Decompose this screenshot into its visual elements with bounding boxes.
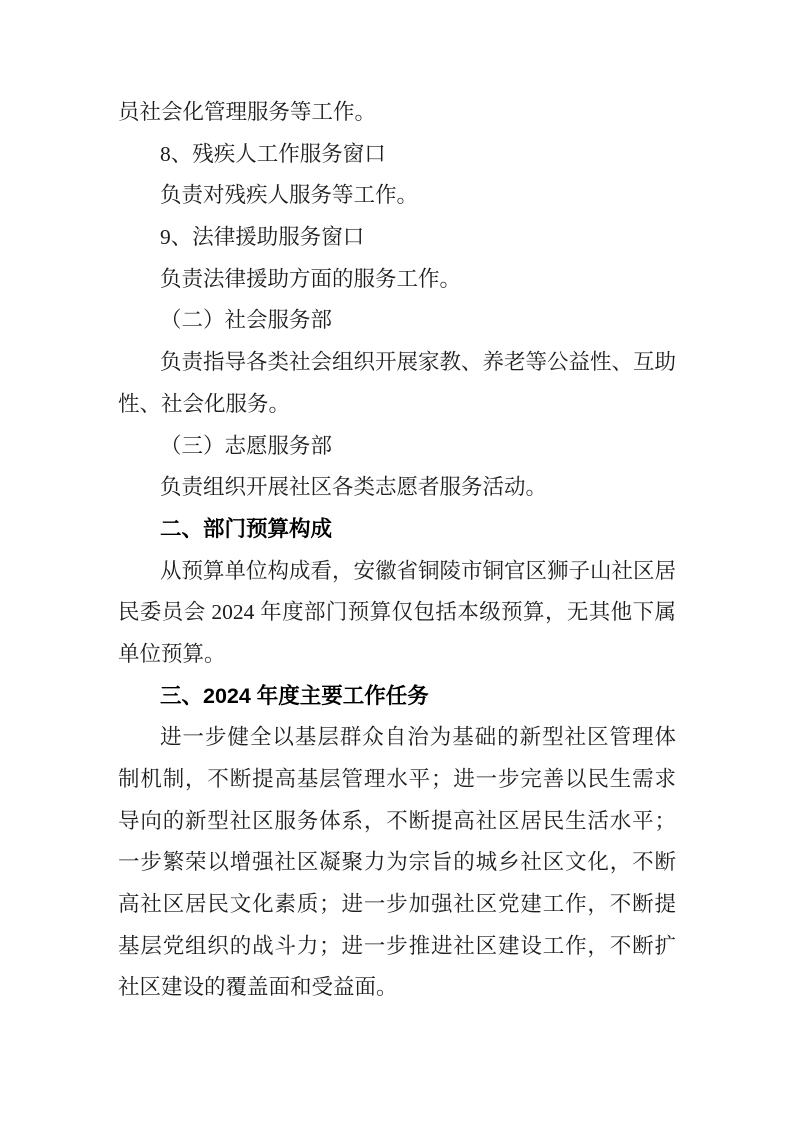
text-line: 负责指导各类社会组织开展家教、养老等公益性、互助 <box>118 342 676 384</box>
text-line: 负责对残疾人服务等工作。 <box>118 175 676 217</box>
text-line: 性、社会化服务。 <box>118 384 676 426</box>
section-heading: 三、2024 年度主要工作任务 <box>118 676 676 718</box>
text-line: 负责法律援助方面的服务工作。 <box>118 259 676 301</box>
text-line: 一步繁荣以增强社区凝聚力为宗旨的城乡社区文化，不断提 <box>118 842 676 884</box>
text-line: 社区建设的覆盖面和受益面。 <box>118 967 676 1009</box>
text-line: （三）志愿服务部 <box>118 426 676 468</box>
section-heading: 二、部门预算构成 <box>118 509 676 551</box>
text-line: 员社会化管理服务等工作。 <box>118 92 676 134</box>
text-line: 单位预算。 <box>118 634 676 676</box>
text-line: 基层党组织的战斗力；进一步推进社区建设工作，不断扩大 <box>118 926 676 968</box>
text-line: 高社区居民文化素质；进一步加强社区党建工作，不断提高 <box>118 884 676 926</box>
text-line: 制机制，不断提高基层管理水平；进一步完善以民生需求为 <box>118 759 676 801</box>
text-line: 从预算单位构成看，安徽省铜陵市铜官区狮子山社区居 <box>118 551 676 593</box>
document-text-block: 员社会化管理服务等工作。8、残疾人工作服务窗口负责对残疾人服务等工作。9、法律援… <box>118 92 676 1009</box>
document-page: 员社会化管理服务等工作。8、残疾人工作服务窗口负责对残疾人服务等工作。9、法律援… <box>0 0 793 1122</box>
text-line: 9、法律援助服务窗口 <box>118 217 676 259</box>
text-line: 进一步健全以基层群众自治为基础的新型社区管理体 <box>118 717 676 759</box>
text-line: 导向的新型社区服务体系，不断提高社区居民生活水平；进 <box>118 801 676 843</box>
text-line: 8、残疾人工作服务窗口 <box>118 134 676 176</box>
text-line: 民委员会 2024 年度部门预算仅包括本级预算，无其他下属 <box>118 592 676 634</box>
text-line: （二）社会服务部 <box>118 300 676 342</box>
text-line: 负责组织开展社区各类志愿者服务活动。 <box>118 467 676 509</box>
